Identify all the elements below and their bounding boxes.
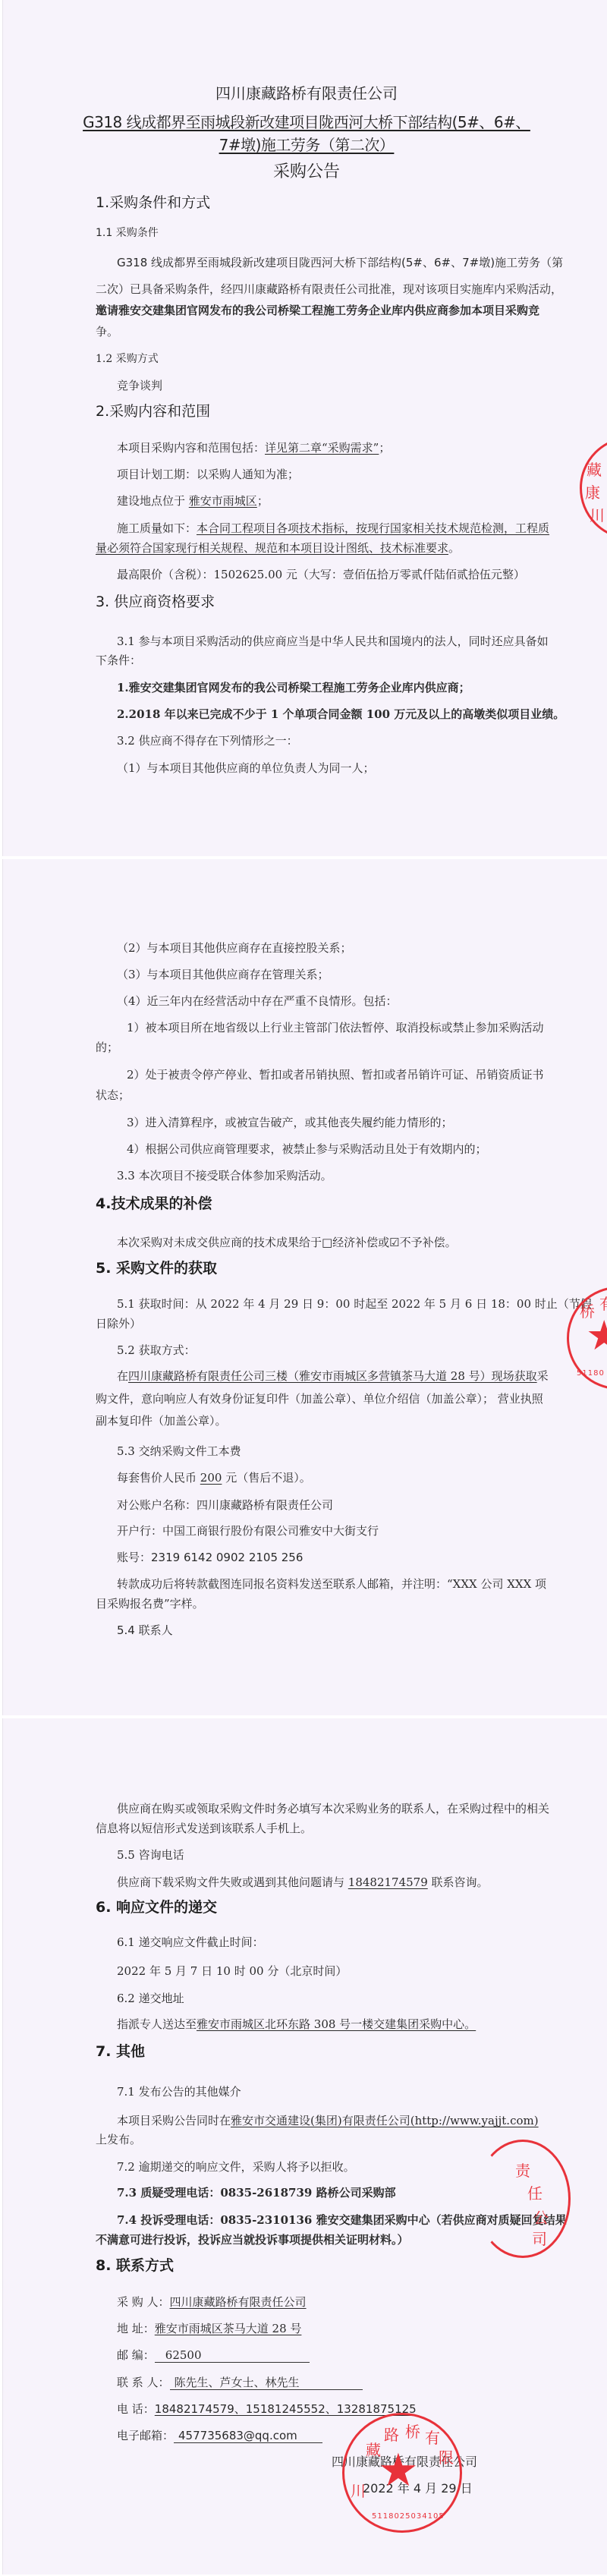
query-phone: 7.3 质疑受理电话：0835-2618739 路桥公司采购部 — [117, 2186, 396, 2200]
section-6-heading: 6. 响应文件的递交 — [96, 1901, 217, 1914]
acquisition-method-line-2: 购文件，意向响应人有效身份证复印件（加盖公章）、单位介绍信（加盖公章）； 营业执… — [96, 1392, 543, 1406]
seal-text: 责 — [515, 2159, 530, 2181]
section-1-1-text-line: 争。 — [96, 325, 118, 339]
seal-text: 藏 — [587, 458, 602, 480]
notice-title: 采购公告 — [3, 165, 607, 179]
acquisition-method-line-1: 在四川康藏路桥有限责任公司三楼（雅安市雨城区多营镇茶马大道 28 号）现场获取采 — [117, 1369, 549, 1383]
publication-media-line-1: 本项目采购公告同时在雅安市交通建设(集团)有限责任公司(http://www.y… — [117, 2114, 539, 2127]
contact-value: 雅安市雨城区茶马大道 28 号 — [155, 2322, 302, 2335]
section-1-2-label: 1.2 采购方式 — [96, 352, 159, 366]
seal-text: 任 — [527, 2181, 543, 2203]
contact-label: 电 话： — [117, 2402, 155, 2416]
section-3-heading: 3. 供应商资格要求 — [96, 595, 215, 609]
contact-row-email: 电子邮箱：457735683@qq.com — [117, 2429, 322, 2443]
section-1-1-label: 1.1 采购条件 — [96, 226, 159, 240]
seal-text: 路 — [384, 2423, 399, 2445]
section-4-heading: 4.技术成果的补偿 — [96, 1197, 212, 1211]
section-5-3-label: 5.3 交纳采购文件工本费 — [117, 1444, 241, 1458]
contact-label: 地 址： — [117, 2322, 155, 2335]
section-8-heading: 8. 联系方式 — [96, 2259, 174, 2272]
seal-star-icon: ★ — [378, 2444, 419, 2497]
seal-number: 51180 — [577, 1369, 605, 1378]
company-seal-partial-3: 责 任 公 司 — [475, 2140, 571, 2258]
publication-media-line-2: 上发布。 — [96, 2133, 141, 2146]
exclusion-item: （3）与本项目其他供应商存在管理关系； — [117, 968, 329, 981]
section-1-1-text-line: G318 线成都界至雨城段新改建项目陇西河大桥下部结构(5#、6#、7#墩)施工… — [117, 256, 563, 269]
project-title-line-1: G318 线成都界至雨城段新改建项目陇西河大桥下部结构(5#、6#、 — [3, 115, 607, 129]
contact-value: 陈先生、芦女士、林先生 — [170, 2376, 363, 2390]
location-line: 建设地点位于 雅安市雨城区； — [117, 494, 269, 508]
transfer-note-line-1: 转款成功后将转款截图连同报名资料发送至联系人邮箱，并注明：“XXX 公司 XXX… — [117, 1577, 546, 1591]
address-prefix: 指派专人送达至 — [117, 2017, 197, 2031]
section-3-1-line-2: 下条件： — [96, 653, 141, 667]
acquisition-place: 四川康藏路桥有限责任公司三楼（雅安市雨城区多营镇茶马大道 28 号）现场获取 — [128, 1369, 537, 1383]
seal-text: 川 — [590, 503, 605, 525]
transfer-note-line-2: 目采购报名费”字样。 — [96, 1597, 204, 1611]
contact-row-phone: 电 话：18482174579、15181245552、13281875125 — [117, 2402, 417, 2416]
publication-prefix: 本项目采购公告同时在 — [117, 2114, 231, 2127]
seal-text: 司 — [532, 2227, 547, 2249]
scope-line: 本项目采购内容和范围包括：详见第二章“采购需求”； — [117, 441, 390, 455]
fee-amount: 200 — [200, 1471, 222, 1485]
consult-suffix: 联系咨询。 — [428, 1875, 489, 1889]
contact-note-line-1: 供应商在购买或领取采购文件时务必填写本次采购业务的联系人，在采购过程中的相关 — [117, 1802, 549, 1815]
complaint-phone-line-2: 不满意可进行投诉，投诉应当就投诉事项提供相关证明材料。） — [96, 2233, 409, 2247]
consult-prefix: 供应商下载采购文件失败或遇到其他问题请与 — [117, 1875, 348, 1889]
acquisition-prefix: 在 — [117, 1369, 128, 1383]
scope-value: 详见第二章“采购需求” — [265, 441, 379, 455]
company-seal-full: 川 藏 路 桥 有 限 ★ 5118025034105 — [342, 2413, 462, 2533]
max-price: 最高限价（含税）：1502625.00 元（大写：壹佰伍拾万零贰仟陆佰贰拾伍元整… — [117, 568, 525, 581]
bad-conduct-2-line-1: 2）处于被责令停产停业、暂扣或者吊销执照、暂扣或者吊销许可证、吊销资质证书 — [127, 1068, 544, 1082]
compensation-text: 本次采购对未成交供应商的技术成果给于□经济补偿或☑不予补偿。 — [117, 1236, 457, 1249]
submission-deadline: 2022 年 5 月 7 日 10 时 00 分（北京时间） — [117, 1964, 347, 1978]
section-1-heading: 1.采购条件和方式 — [96, 196, 210, 209]
company-name-heading: 四川康藏路桥有限责任公司 — [3, 87, 607, 100]
seal-text: 桥 — [405, 2420, 420, 2442]
submission-address-line: 指派专人送达至雅安市雨城区北环东路 308 号一楼交建集团采购中心。 — [117, 2017, 476, 2031]
section-7-heading: 7. 其他 — [96, 2045, 145, 2058]
section-5-heading: 5. 采购文件的获取 — [96, 1261, 217, 1275]
publication-site-link[interactable]: 雅安市交通建设(集团)有限责任公司(http://www.yajjt.com) — [231, 2114, 539, 2127]
document-page-1: 四川康藏路桥有限责任公司 G318 线成都界至雨城段新改建项目陇西河大桥下部结构… — [2, 0, 607, 856]
section-3-2-label: 3.2 供应商不得存在下列情形之一： — [117, 734, 298, 748]
contact-label: 联 系 人： — [117, 2376, 170, 2389]
acquisition-time-line-2: 日除外） — [96, 1317, 141, 1331]
exclusion-item: （4）近三年内在经营活动中存在严重不良情形。包括： — [117, 994, 398, 1008]
section-1-1-text-line: 二次）已具备采购条件，经四川康藏路桥有限责任公司批准，现对该项目实施库内采购活动… — [96, 282, 562, 296]
location-end: ； — [257, 494, 269, 508]
document-page-2: （2）与本项目其他供应商存在直接控股关系； （3）与本项目其他供应商存在管理关系… — [2, 859, 607, 1715]
contact-row-purchaser: 采 购 人：四川康藏路桥有限责任公司 — [117, 2295, 307, 2309]
bad-conduct-1-line-2: 的； — [96, 1041, 118, 1054]
contact-value: 四川康藏路桥有限责任公司 — [170, 2295, 307, 2309]
section-2-heading: 2.采购内容和范围 — [96, 405, 210, 418]
section-6-1-label: 6.1 递交响应文件截止时间： — [117, 1935, 264, 1949]
exclusion-item: （1）与本项目其他供应商的单位负责人为同一人； — [117, 761, 375, 775]
late-submission-note: 7.2 逾期递交的响应文件，采购人将予以拒收。 — [117, 2160, 355, 2174]
account-number: 账号：2319 6142 0902 2105 256 — [117, 1551, 303, 1564]
seal-text: 川 — [351, 2479, 366, 2501]
seal-text: 限 — [439, 2445, 454, 2467]
project-title-line-2: 7#墩)施工劳务（第二次） — [3, 138, 607, 152]
fee-suffix: 元（售后不退）。 — [222, 1471, 310, 1485]
quality-end: 。 — [448, 541, 460, 555]
section-5-5-label: 5.5 咨询电话 — [117, 1848, 184, 1862]
seal-text: 康 — [585, 480, 600, 502]
submission-address: 雅安市雨城区北环东路 308 号一楼交建集团采购中心。 — [197, 2017, 476, 2031]
section-5-4-label: 5.4 联系人 — [117, 1623, 173, 1637]
contact-label: 邮 编： — [117, 2348, 155, 2362]
contact-note-line-2: 信息将以短信形式发送到该联系人手机上。 — [96, 1822, 312, 1835]
section-6-2-label: 6.2 递交地址 — [117, 1992, 184, 2005]
company-seal-partial-1: 藏 康 川 — [580, 436, 607, 540]
section-7-1-label: 7.1 发布公告的其他媒介 — [117, 2085, 241, 2099]
bad-conduct-4: 4）根据公司供应商管理要求，被禁止参与采购活动且处于有效期内的； — [127, 1142, 487, 1156]
fee-line: 每套售价人民币 200 元（售后不退）。 — [117, 1471, 311, 1485]
requirement-2: 2.2018 年以来已完成不少于 1 个单项合同金额 100 万元及以上的高墩类… — [117, 707, 565, 721]
section-1-1-text-line: 邀请雅安交建集团官网发布的我公司桥梁工程施工劳务企业库内供应商参加本项目采购竞 — [96, 304, 539, 317]
contact-value: 62500 — [155, 2348, 310, 2363]
contact-row-address: 地 址：雅安市雨城区茶马大道 28 号 — [117, 2322, 301, 2335]
bad-conduct-3: 3）进入清算程序，或被宣告破产，或其他丧失履约能力情形的； — [127, 1116, 453, 1129]
contact-row-person: 联 系 人：陈先生、芦女士、林先生 — [117, 2376, 363, 2390]
section-5-2-label: 5.2 获取方式： — [117, 1343, 196, 1357]
contact-row-postcode: 邮 编：62500 — [117, 2348, 310, 2363]
scope-label: 本项目采购内容和范围包括： — [117, 441, 265, 455]
location-value: 雅安市雨城区 — [189, 494, 257, 508]
bank-name: 开户行：中国工商银行股份有限公司雅安中大街支行 — [117, 1524, 379, 1538]
document-page-3: 供应商在购买或领取采购文件时务必填写本次采购业务的联系人，在采购过程中的相关 信… — [2, 1718, 607, 2574]
seal-text: 有 — [425, 2426, 440, 2448]
seal-text: 有 — [599, 1292, 607, 1314]
procurement-method: 竞争谈判 — [117, 379, 162, 392]
quality-line-1: 施工质量如下：本合同工程项目各项技术指标，按现行国家相关技术规范检测，工程质 — [117, 521, 549, 535]
seal-text: 公 — [533, 2206, 549, 2228]
contact-label: 电子邮箱： — [117, 2429, 174, 2442]
account-name: 对公账户名称：四川康藏路桥有限责任公司 — [117, 1498, 333, 1512]
location-label: 建设地点位于 — [117, 494, 185, 508]
acquisition-suffix: 采 — [537, 1369, 549, 1383]
contact-email: 457735683@qq.com — [174, 2429, 322, 2443]
fee-prefix: 每套售价人民币 — [117, 1471, 200, 1485]
consult-phone: 18482174579 — [348, 1875, 428, 1889]
acquisition-method-line-3: 副本复印件（加盖公章）。 — [96, 1414, 227, 1428]
scope-end: ； — [379, 441, 390, 455]
seal-star-icon: ★ — [586, 1312, 607, 1359]
acquisition-time-line-1: 5.1 获取时间：从 2022 年 4 月 29 日 9：00 时起至 2022… — [117, 1297, 592, 1311]
project-period: 项目计划工期：以采购人通知为准； — [117, 468, 299, 481]
requirement-1: 1.雅安交建集团官网发布的我公司桥梁工程施工劳务企业库内供应商； — [117, 681, 470, 694]
quality-value: 本合同工程项目各项技术指标，按现行国家相关技术规范检测，工程质 — [197, 521, 549, 535]
contact-label: 采 购 人： — [117, 2295, 170, 2309]
bad-conduct-1-line-1: 1）被本项目所在地省级以上行业主管部门依法暂停、取消投标或禁止参加采购活动 — [127, 1021, 544, 1034]
section-3-1-line-1: 3.1 参与本项目采购活动的供应商应当是中华人民共和国境内的法人，同时还应具备如 — [117, 635, 549, 648]
section-3-3: 3.3 本次项目不接受联合体参加采购活动。 — [117, 1169, 332, 1183]
consult-line: 供应商下载采购文件失败或遇到其他问题请与 18482174579 联系咨询。 — [117, 1875, 489, 1889]
contact-value: 18482174579、15181245552、13281875125 — [155, 2402, 417, 2416]
seal-number: 5118025034105 — [372, 2512, 445, 2521]
quality-value-2: 量必须符合国家现行相关规程、规范和本项目设计图纸、技术标准要求 — [96, 541, 448, 555]
quality-label: 施工质量如下： — [117, 521, 197, 535]
bad-conduct-2-line-2: 状态； — [96, 1088, 130, 1102]
exclusion-item: （2）与本项目其他供应商存在直接控股关系； — [117, 941, 352, 955]
quality-line-2: 量必须符合国家现行相关规程、规范和本项目设计图纸、技术标准要求。 — [96, 541, 460, 555]
